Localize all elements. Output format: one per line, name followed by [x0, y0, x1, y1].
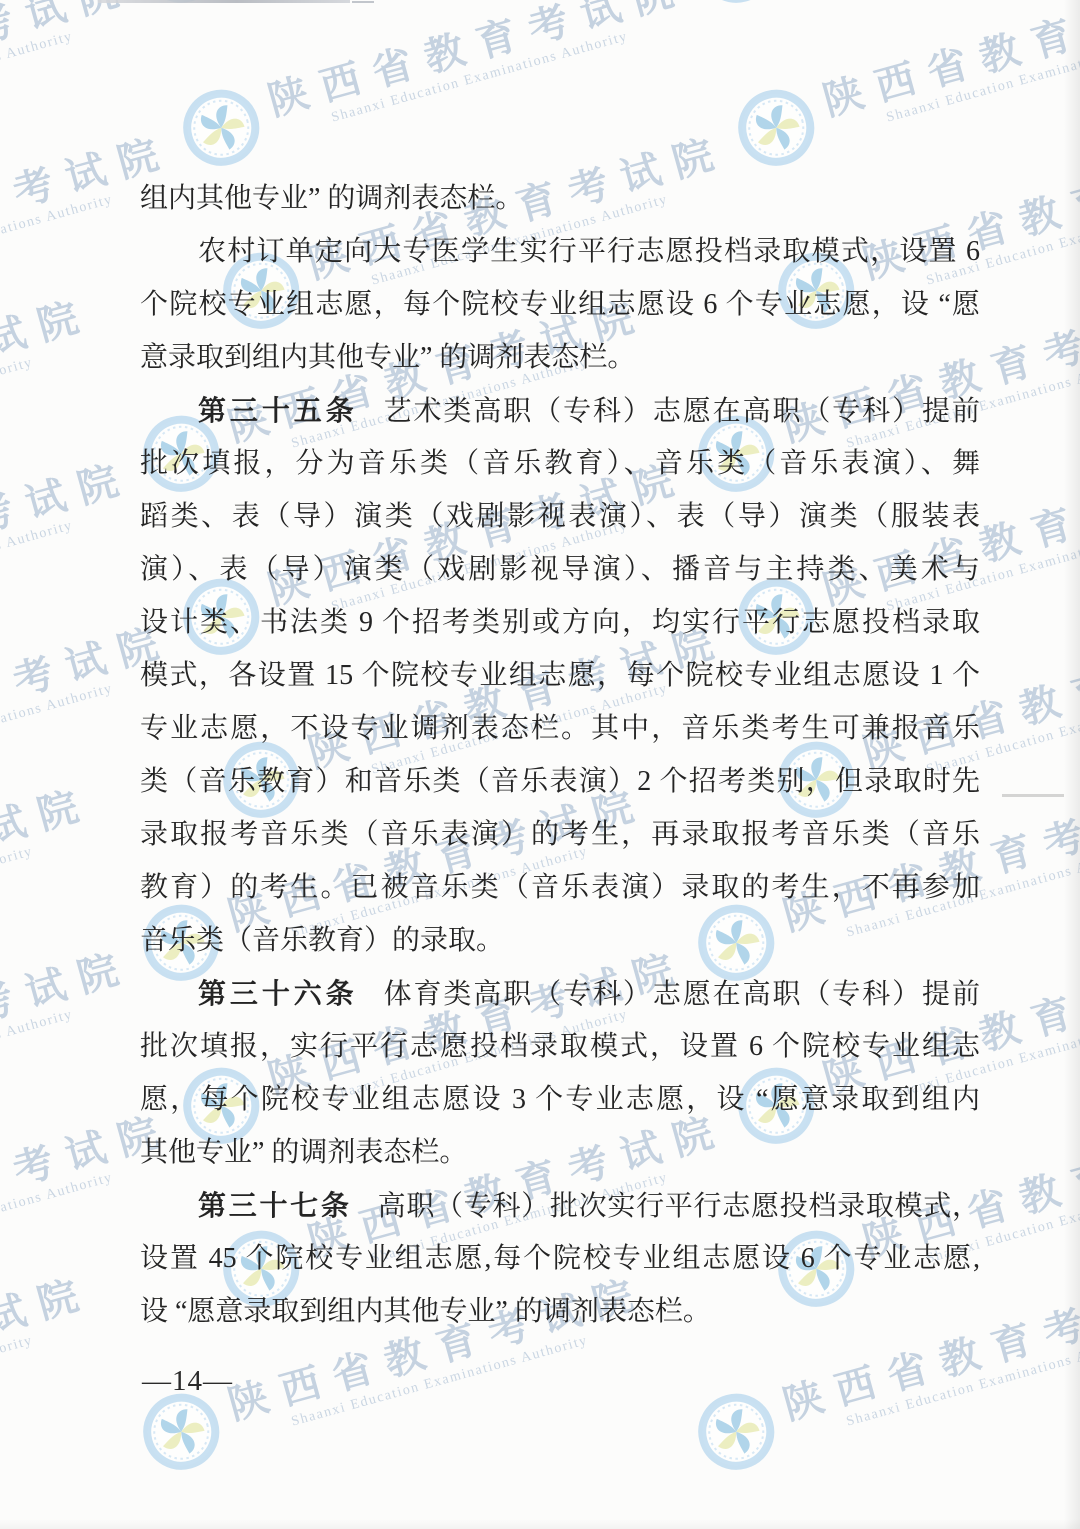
watermark-en-text: Shaanxi Education Examinations Authority [0, 1333, 35, 1430]
text-line: 设 “愿意录取到组内其他专业” 的调剂表态栏。 [140, 1285, 980, 1338]
document-body: 组内其他专业” 的调剂表态栏。农村订单定向大专医学生实行平行志愿投档录取模式，设… [140, 172, 980, 1338]
page-edge-shade [1064, 0, 1080, 1529]
line-text: 类（音乐教育）和音乐类（音乐表演）2 个招考类别，但录取时先 [140, 766, 980, 797]
line-text: 教育）的考生。已被音乐类（音乐表演）录取的考生，不再参加 [140, 872, 980, 903]
watermark-en-text: Shaanxi Education Examinations Authority [0, 518, 75, 615]
line-text: 模式，各设置 15 个院校专业组志愿，每个院校专业组志愿设 1 个 [140, 660, 980, 691]
watermark-unit: 陕西省教育考试院 Shaanxi Education Examinations … [172, 0, 835, 191]
watermark-cn-text: 陕西省教育考试院 [0, 446, 137, 616]
text-line: 设置 45 个院校专业组志愿,每个院校专业组志愿设 6 个专业志愿, [140, 1232, 980, 1285]
text-line: 组内其他专业” 的调剂表态栏。 [140, 172, 980, 225]
watermark-cn-text: 陕西省教育考试院 [0, 1261, 97, 1431]
line-text: 批次填报，实行平行志愿投档录取模式，设置 6 个院校专业组志 [140, 1031, 980, 1062]
watermark-en-text: Shaanxi Education Examinations Authority [290, 1333, 590, 1430]
line-text: 音乐类（音乐教育）的录取。 [140, 925, 504, 956]
shaanxi-eea-logo-icon [688, 0, 784, 13]
line-text: 组内其他专业” 的调剂表态栏。 [140, 183, 523, 214]
watermark-unit: 陕西省教育考试院 Shaanxi Education Examinations … [727, 0, 1080, 191]
shaanxi-eea-logo-icon [728, 80, 824, 176]
text-line: 其他专业” 的调剂表态栏。 [140, 1126, 980, 1179]
watermark-en-text: Shaanxi Education Examinations Authority [885, 29, 1080, 126]
line-text: 意录取到组内其他专业” 的调剂表态栏。 [140, 342, 635, 373]
watermark-cn-text: 陕西省教育考试院 [0, 935, 137, 1105]
text-line: 第三十六条体育类高职（专科）志愿在高职（专科）提前 [140, 967, 980, 1020]
text-line: 专业志愿，不设专业调剂表态栏。其中，音乐类考生可兼报音乐 [140, 702, 980, 755]
line-text: 愿，每个院校专业组志愿设 3 个专业志愿，设 “愿意录取到组内 [140, 1084, 980, 1115]
clause-number: 第三十五条 [198, 395, 358, 426]
watermark-en-text: Shaanxi Education Examinations Authority [0, 1007, 75, 1104]
line-text: 艺术类高职（专科）志愿在高职（专科）提前 [384, 396, 980, 427]
shaanxi-eea-logo-icon [133, 1384, 229, 1480]
text-line: 蹈类、表（导）演类（戏剧影视表演）、表（导）演类（服装表 [140, 490, 980, 543]
watermark-en-text: Shaanxi Education Examinations Authority [0, 681, 115, 778]
line-text: 批次填报，分为音乐类（音乐教育）、音乐类（音乐表演）、舞 [140, 448, 980, 479]
document-page: 陕西省教育考试院 Shaanxi Education Examinations … [0, 0, 1080, 1529]
watermark-unit: 陕西省教育考试院 Shaanxi Education Examinations … [0, 0, 279, 191]
line-text: 个院校专业组志愿，每个院校专业组志愿设 6 个专业志愿，设 “愿 [140, 289, 980, 320]
watermark-en-text: Shaanxi Education Examinations Authority [0, 1170, 115, 1267]
line-text: 体育类高职（专科）志愿在高职（专科）提前 [384, 979, 980, 1010]
page-edge-shade [0, 1519, 1080, 1529]
watermark-en-text: Shaanxi Education Examinations Authority [0, 29, 75, 126]
text-line: 愿，每个院校专业组志愿设 3 个专业志愿，设 “愿意录取到组内 [140, 1073, 980, 1126]
text-line: 农村订单定向大专医学生实行平行志愿投档录取模式，设置 6 [140, 225, 980, 278]
text-line: 意录取到组内其他专业” 的调剂表态栏。 [140, 331, 980, 384]
watermark-cn-text: 陕西省教育考试院 [261, 0, 693, 127]
scan-edge-artifact [352, 1, 374, 3]
scan-line-artifact [1002, 794, 1064, 797]
line-text: 其他专业” 的调剂表态栏。 [140, 1137, 467, 1168]
watermark-cn-text: 陕西省教育考试院 [0, 283, 97, 453]
page-number: —14— [142, 1365, 233, 1398]
text-line: 音乐类（音乐教育）的录取。 [140, 914, 980, 967]
watermark-en-text: Shaanxi Education Examinations Authority [0, 192, 115, 289]
watermark-en-text: Shaanxi Education Examinations Authority [330, 29, 630, 126]
text-line: 批次填报，分为音乐类（音乐教育）、音乐类（音乐表演）、舞 [140, 437, 980, 490]
shaanxi-eea-logo-icon [173, 80, 269, 176]
watermark-en-text: Shaanxi Education Examinations Authority [0, 844, 35, 941]
watermark-cn-text: 陕西省教育考试院 [0, 772, 97, 942]
scan-edge-artifact [98, 0, 350, 3]
text-line: 模式，各设置 15 个院校专业组志愿，每个院校专业组志愿设 1 个 [140, 649, 980, 702]
line-text: 设 “愿意录取到组内其他专业” 的调剂表态栏。 [140, 1296, 711, 1327]
line-text: 蹈类、表（导）演类（戏剧影视表演）、表（导）演类（服装表 [140, 501, 980, 532]
text-line: 演）、表（导）演类（戏剧影视导演）、播音与主持类、美术与 [140, 543, 980, 596]
text-line: 第三十五条艺术类高职（专科）志愿在高职（专科）提前 [140, 384, 980, 437]
watermark-en-text: Shaanxi Education Examinations Authority [845, 1333, 1080, 1430]
clause-number: 第三十七条 [198, 1190, 352, 1221]
watermark-unit: 陕西省教育考试院 Shaanxi Education Examinations … [132, 0, 795, 28]
text-line: 类（音乐教育）和音乐类（音乐表演）2 个招考类别，但录取时先 [140, 755, 980, 808]
text-line: 录取报考音乐类（音乐表演）的考生，再录取报考音乐类（音乐 [140, 808, 980, 861]
line-text: 演）、表（导）演类（戏剧影视导演）、播音与主持类、美术与 [140, 554, 980, 585]
line-text: 设置 45 个院校专业组志愿,每个院校专业组志愿设 6 个专业志愿, [140, 1243, 980, 1274]
line-text: 录取报考音乐类（音乐表演）的考生，再录取报考音乐类（音乐 [140, 819, 980, 850]
line-text: 高职（专科）批次实行平行志愿投档录取模式， [378, 1191, 980, 1222]
clause-number: 第三十六条 [198, 978, 358, 1009]
text-line: 第三十七条高职（专科）批次实行平行志愿投档录取模式， [140, 1179, 980, 1232]
watermark-cn-text: 陕西省教育考试院 [0, 0, 137, 127]
line-text: 专业志愿，不设专业调剂表态栏。其中，音乐类考生可兼报音乐 [140, 713, 980, 744]
text-line: 教育）的考生。已被音乐类（音乐表演）录取的考生，不再参加 [140, 861, 980, 914]
shaanxi-eea-logo-icon [688, 1384, 784, 1480]
text-line: 设计类、书法类 9 个招考类别或方向，均实行平行志愿投档录取 [140, 596, 980, 649]
watermark-unit: 陕西省教育考试院 Shaanxi Education Examinations … [687, 0, 1080, 28]
line-text: 设计类、书法类 9 个招考类别或方向，均实行平行志愿投档录取 [140, 607, 980, 638]
text-line: 批次填报，实行平行志愿投档录取模式，设置 6 个院校专业组志 [140, 1020, 980, 1073]
text-line: 个院校专业组志愿，每个院校专业组志愿设 6 个专业志愿，设 “愿 [140, 278, 980, 331]
line-text: 农村订单定向大专医学生实行平行志愿投档录取模式，设置 6 [198, 236, 980, 267]
watermark-en-text: Shaanxi Education Examinations Authority [0, 355, 35, 452]
watermark-cn-text: 陕西省教育考试院 [816, 0, 1080, 127]
watermark-unit: 陕西省教育考试院 Shaanxi Education Examinations … [0, 0, 239, 28]
